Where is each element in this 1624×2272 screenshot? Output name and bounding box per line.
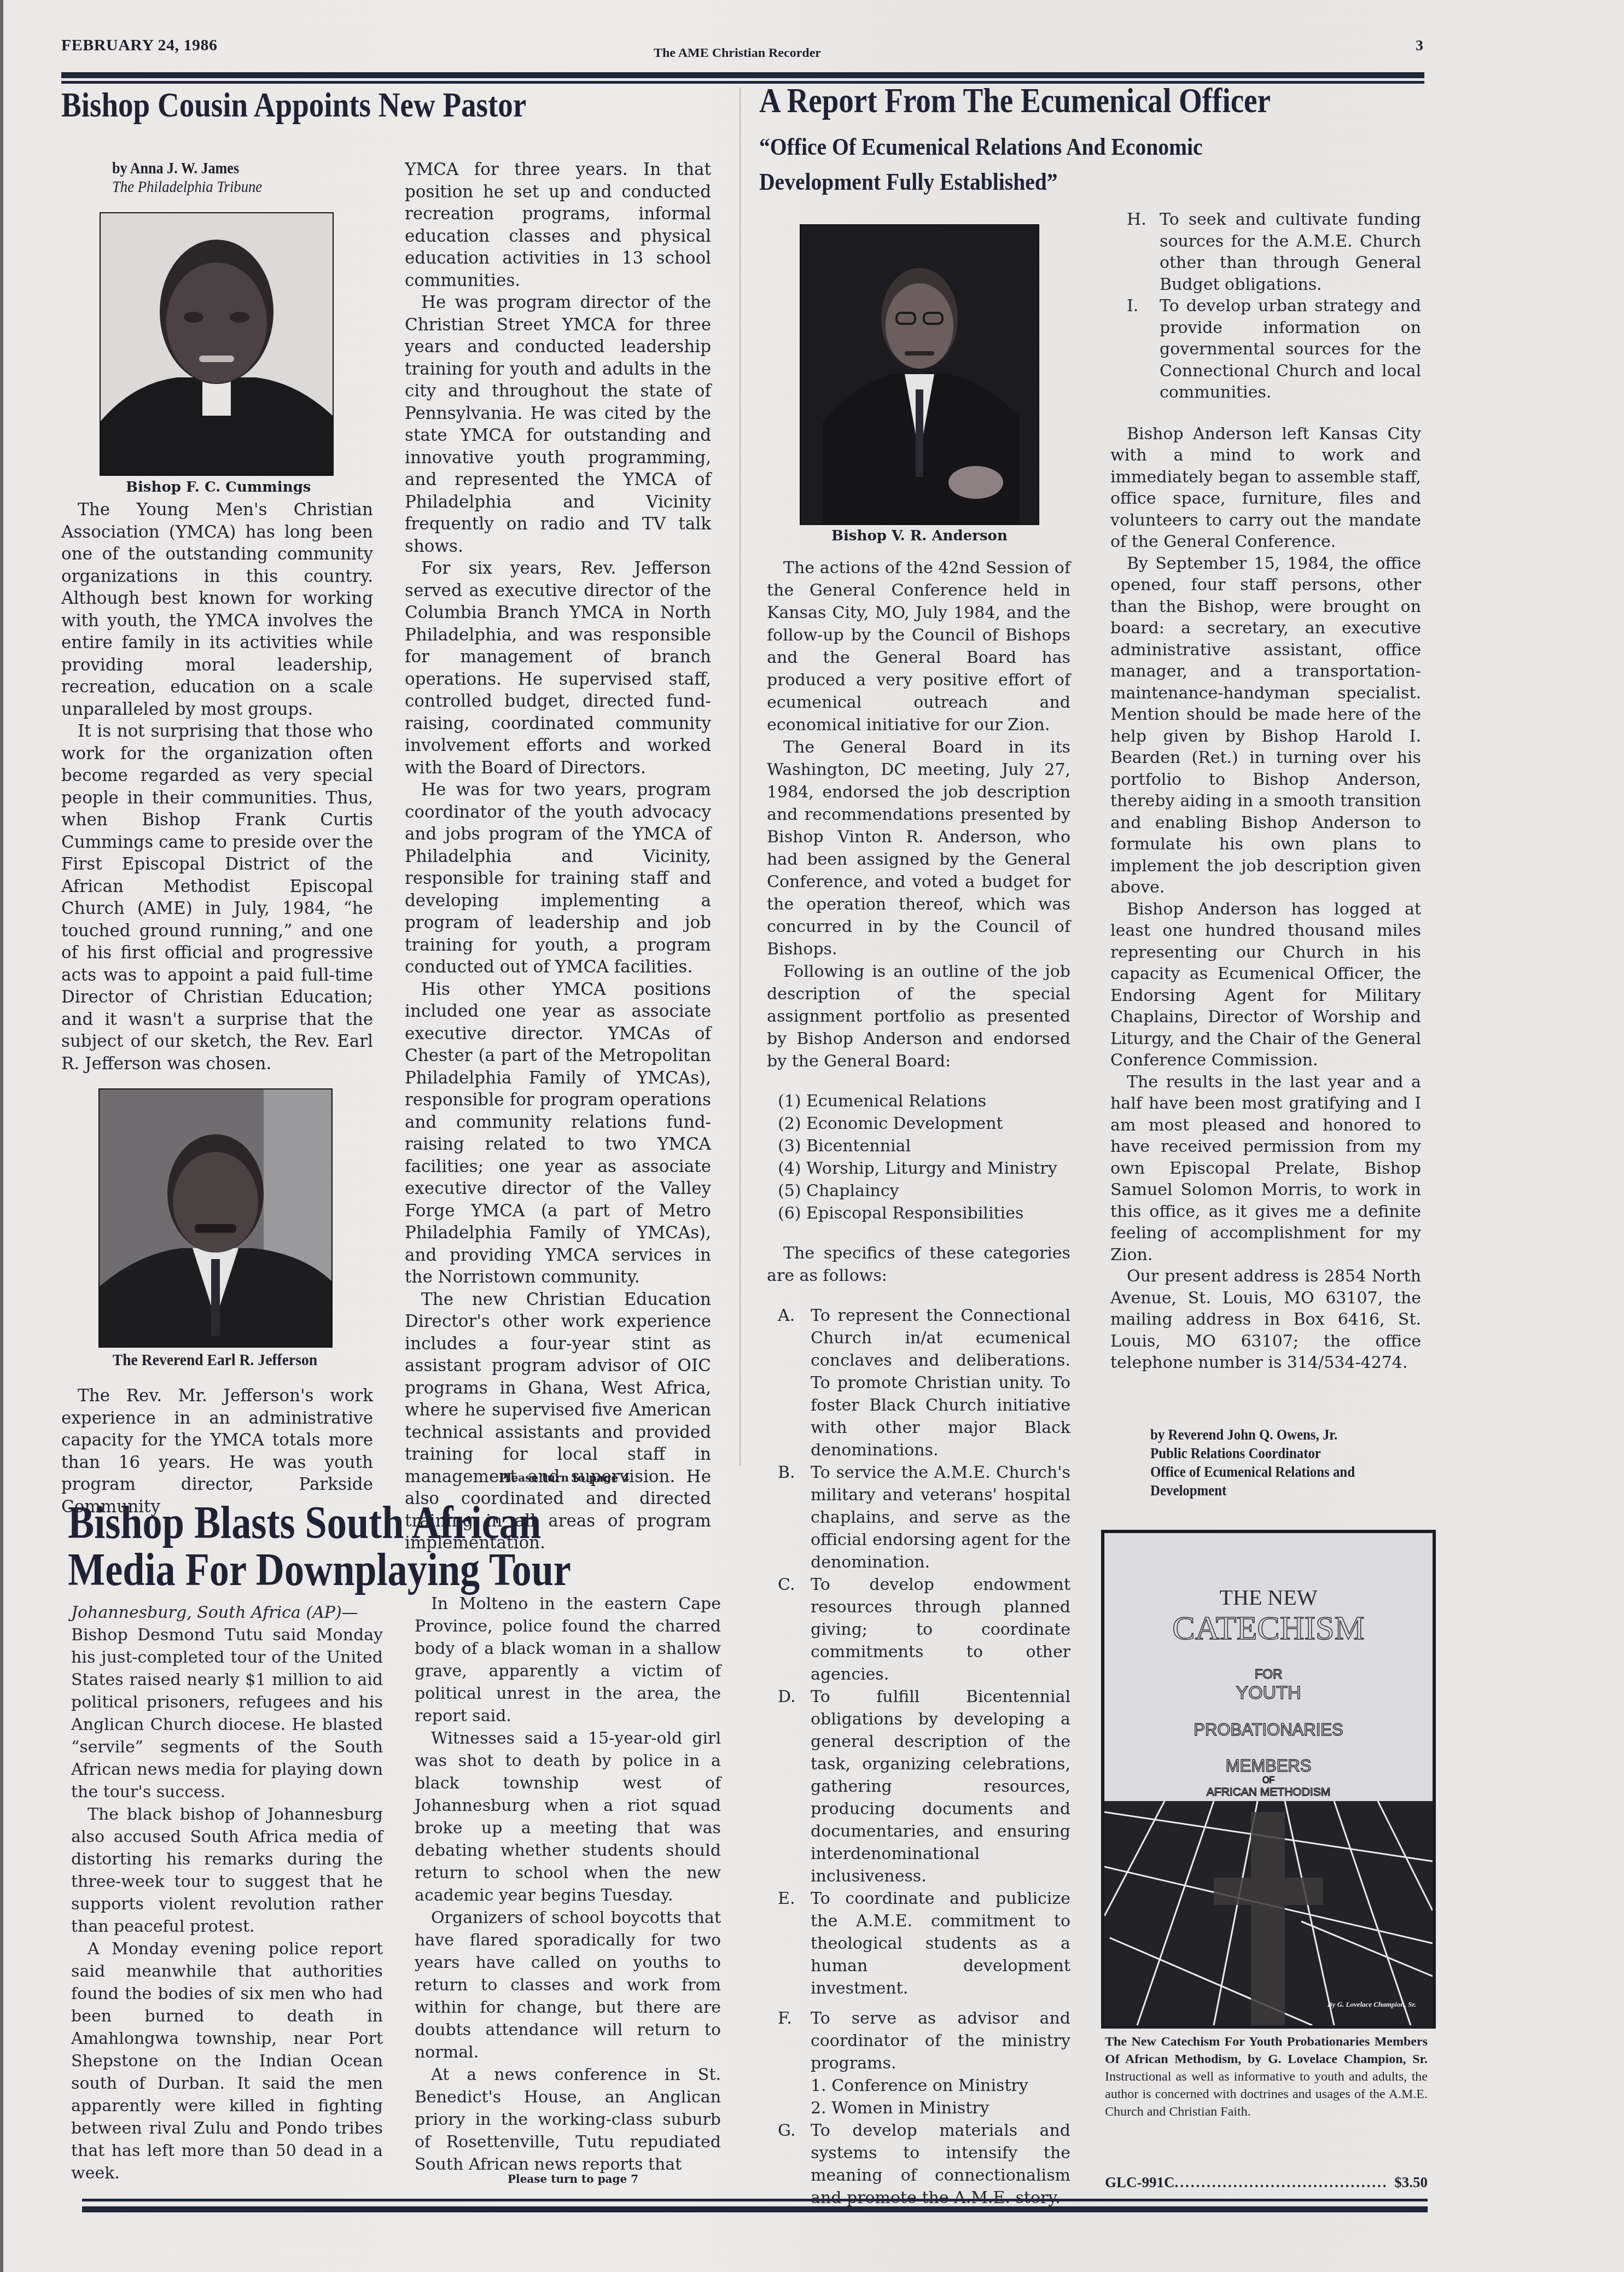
article-tutu-column-2: In Molteno in the eastern Cape Province,…: [415, 1593, 721, 2176]
caption-earl-jefferson: The Reverend Earl R. Jefferson: [97, 1351, 333, 1370]
paragraph: At a news conference in St. Benedict's H…: [415, 2064, 721, 2176]
paragraph: Organizers of school boycotts that have …: [415, 1907, 721, 2064]
specific-item: H.To seek and cultivate funding sources …: [1127, 209, 1421, 295]
specific-item: G.To develop materials and systems to in…: [778, 2119, 1070, 2209]
ad-cover-members: MEMBERS: [1104, 1756, 1433, 1776]
specific-item: I.To develop urban strategy and provide …: [1127, 295, 1421, 404]
product-code: GLC-991C: [1105, 2174, 1175, 2191]
paragraph: He was for two years, program coordinato…: [405, 779, 711, 978]
leader-dots: ........................................: [1175, 2174, 1395, 2191]
paragraph: The actions of the 42nd Session of the G…: [767, 557, 1070, 736]
specific-item: F.To serve as advisor and coordinator of…: [778, 2007, 1070, 2119]
signature-office: Office of Ecumenical Relations and: [1150, 1463, 1355, 1481]
ad-cover-youth: YOUTH: [1104, 1682, 1433, 1704]
header-rule-thick: [61, 72, 1424, 78]
article-ecumenical-column-1: The actions of the 42nd Session of the G…: [767, 557, 1070, 2209]
paragraph: His other YMCA positions included one ye…: [405, 978, 711, 1289]
ad-description: The New Catechism For Youth Probationari…: [1105, 2033, 1428, 2120]
ad-cover-grid-art: By G. Lovelace Champion, Sr.: [1104, 1801, 1433, 2025]
paragraph: In Molteno in the eastern Cape Province,…: [415, 1593, 721, 1727]
caption-bishop-anderson: Bishop V. R. Anderson: [831, 528, 1008, 544]
photo-bishop-cummings: [100, 212, 334, 476]
headline-ecumenical: A Report From The Ecumenical Officer: [759, 82, 1271, 119]
ad-cover-probationaries: PROBATIONARIES: [1104, 1720, 1433, 1740]
paragraph: The General Board in its Washington, DC …: [767, 736, 1070, 960]
article-pastor-column-2: YMCA for three years. In that position h…: [405, 159, 711, 1554]
paragraph: Bishop Anderson left Kansas City with a …: [1110, 423, 1421, 553]
ad-cover-credit: By G. Lovelace Champion, Sr.: [1328, 2000, 1416, 2009]
article-pastor-column-1: The Young Men's Christian Association (Y…: [61, 499, 373, 1075]
continued-page-7-link[interactable]: Please turn to page 7: [508, 2172, 638, 2186]
paragraph: Witnesses said a 15-year-old girl was sh…: [415, 1727, 721, 1907]
specific-item: D.To fulfill Bicentennial obligations by…: [778, 1686, 1070, 1887]
paragraph: The Young Men's Christian Association (Y…: [61, 499, 373, 720]
newspaper-page: FEBRUARY 24, 1986 The AME Christian Reco…: [0, 0, 1624, 2272]
continued-page-4-link[interactable]: Please turn to page 4: [499, 1471, 630, 1484]
specifics-list-cont: H.To seek and cultivate funding sources …: [1110, 209, 1421, 404]
caption-bishop-cummings: Bishop F. C. Cummings: [126, 479, 311, 496]
specific-item: A.To represent the Connectional Church i…: [778, 1304, 1070, 1461]
headline-line-1: Bishop Blasts South African: [68, 1500, 571, 1547]
headline-new-pastor: Bishop Cousin Appoints New Pastor: [61, 86, 526, 123]
paragraph: Following is an outline of the job descr…: [767, 960, 1070, 1073]
ad-cover-african-methodism: AFRICAN METHODISM: [1104, 1786, 1433, 1799]
signature-block: by Reverend John Q. Owens, Jr. Public Re…: [1150, 1425, 1355, 1500]
specifics-list: A.To represent the Connectional Church i…: [767, 1304, 1070, 2209]
category-item: (2) Economic Development: [767, 1112, 1070, 1135]
paragraph: For six years, Rev. Jefferson served as …: [405, 557, 711, 779]
category-item: (1) Ecumenical Relations: [767, 1090, 1070, 1112]
ad-cover-the-new: THE NEW: [1104, 1533, 1433, 1610]
byline-author: by Anna J. W. James: [112, 160, 239, 178]
ad-title: The New Catechism For Youth Probationari…: [1105, 2035, 1428, 2066]
publication-name: The AME Christian Recorder: [654, 46, 821, 61]
signature-office-cont: Development: [1150, 1481, 1355, 1500]
headline-tutu: Bishop Blasts South African Media For Do…: [68, 1500, 571, 1594]
footer-rule-thin: [82, 2199, 1428, 2201]
byline-source: The Philadelphia Tribune: [112, 178, 262, 196]
ad-cover-for: FOR: [1104, 1667, 1433, 1682]
category-item: (5) Chaplaincy: [767, 1180, 1070, 1202]
specific-item: C.To develop endowment resources through…: [778, 1574, 1070, 1686]
paragraph: By September 15, 1984, the office opened…: [1110, 553, 1421, 899]
page-number: 3: [1416, 37, 1423, 55]
product-price: $3.50: [1394, 2174, 1428, 2191]
paragraph: Our present address is 2854 North Avenue…: [1110, 1266, 1421, 1374]
ad-cover-catechism: CATECHISM: [1104, 1610, 1433, 1646]
paragraph: Bishop Anderson has logged at least one …: [1110, 899, 1421, 1071]
category-item: (3) Bicentennial: [767, 1135, 1070, 1157]
subheadline-ecumenical: “Office Of Ecumenical Relations And Econ…: [759, 129, 1313, 199]
category-item: (4) Worship, Liturgy and Ministry: [767, 1157, 1070, 1180]
paragraph: A Monday evening police report said mean…: [71, 1938, 383, 2184]
paragraph: The results in the last year and a half …: [1110, 1071, 1421, 1266]
article-tutu-column-1: Johannesburg, South Africa (AP)— Bishop …: [71, 1601, 383, 2184]
paragraph: The specifics of these categories are as…: [767, 1242, 1070, 1287]
specific-item: B.To service the A.M.E. Church's militar…: [778, 1461, 1070, 1574]
ministry-program-item: 1. Conference on Ministry: [811, 2076, 1028, 2095]
footer-rule-thick: [82, 2206, 1428, 2212]
signature-title: Public Relations Coordinator: [1150, 1444, 1355, 1463]
headline-line-2: Media For Downplaying Tour: [68, 1547, 571, 1594]
ministry-program-item: 2. Women in Ministry: [811, 2099, 989, 2118]
specific-item: E.To coordinate and publicize the A.M.E.…: [778, 1887, 1070, 2000]
paragraph: The black bishop of Johannesburg also ac…: [71, 1803, 383, 1938]
column-divider: [740, 88, 741, 1466]
paragraph: He was program director of the Christian…: [405, 292, 711, 557]
paragraph: Bishop Desmond Tutu said Monday his just…: [71, 1624, 383, 1803]
page-shadow-edge: [0, 0, 3, 2272]
category-item: (6) Episcopal Responsibilities: [767, 1202, 1070, 1225]
ad-price-line: GLC-991C ...............................…: [1105, 2174, 1428, 2191]
cross-grid-icon: [1104, 1801, 1433, 2025]
ad-cover-title-area: THE NEW CATECHISM FOR YOUTH PROBATIONARI…: [1104, 1533, 1433, 1801]
ad-cover-of: OF: [1104, 1776, 1433, 1786]
dateline: Johannesburg, South Africa (AP)—: [71, 1601, 383, 1624]
ad-blurb: Instructional as well as informative to …: [1105, 2070, 1428, 2119]
article-ecumenical-column-2: H.To seek and cultivate funding sources …: [1110, 209, 1421, 1374]
catechism-ad-cover[interactable]: THE NEW CATECHISM FOR YOUTH PROBATIONARI…: [1101, 1530, 1436, 2029]
photo-earl-jefferson: [98, 1088, 333, 1348]
issue-date: FEBRUARY 24, 1986: [61, 36, 218, 55]
paragraph: YMCA for three years. In that position h…: [405, 159, 711, 292]
photo-bishop-anderson: [800, 224, 1039, 525]
paragraph: It is not surprising that those who work…: [61, 720, 373, 1075]
signature-author: by Reverend John Q. Owens, Jr.: [1150, 1425, 1355, 1444]
category-list: (1) Ecumenical Relations (2) Economic De…: [767, 1090, 1070, 1225]
